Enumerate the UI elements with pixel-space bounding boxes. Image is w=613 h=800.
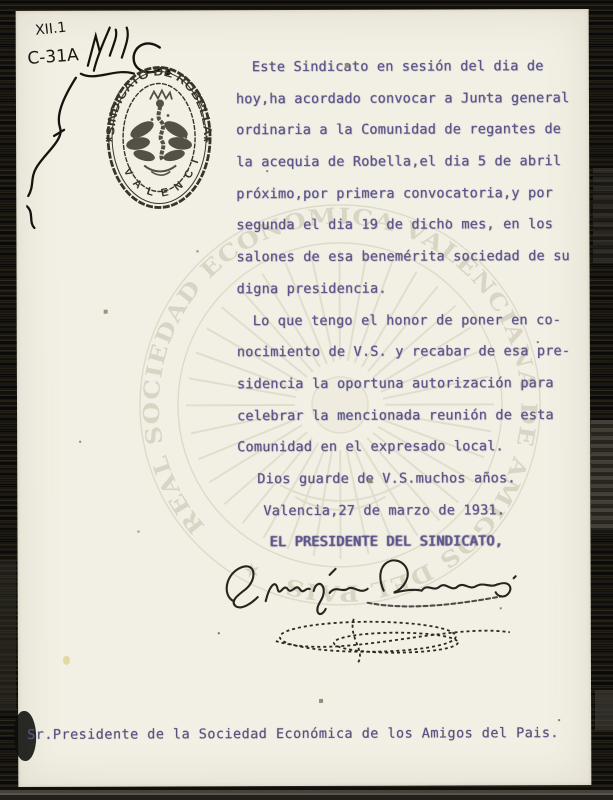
frame-texture-patch xyxy=(591,420,613,530)
frame-texture-patch xyxy=(0,787,613,800)
official-stamp: SINDICATO DE ROBELLA VALENCIA ✱ ✱ xyxy=(104,63,215,211)
typed-line: digna presidencia. xyxy=(237,273,587,306)
typed-line: Valencia,27 de marzo de 1931. xyxy=(237,495,587,528)
typed-line: ordinaria a la Comunidad de regantes de xyxy=(236,114,586,147)
scanned-document-photo: REAL SOCIEDAD ECONOMICA VALENCIANA DE AM… xyxy=(0,0,613,800)
typed-line: Este Sindicato en sesión del dia de xyxy=(236,51,586,84)
frame-texture-patch xyxy=(595,690,613,730)
typed-line: nocimiento de V.S. y recabar de esa pre- xyxy=(237,336,587,369)
archival-mark-1: XII.1 xyxy=(34,20,67,39)
typed-letter-body: Este Sindicato en sesión del dia de hoy,… xyxy=(236,51,588,559)
stamp-crest-emblem xyxy=(125,90,193,175)
typed-line: Dios guarde de V.S.muchos años. xyxy=(237,463,587,496)
stamp-star-left: ✱ xyxy=(105,136,113,146)
typed-line: sidencia la oportuna autorización para xyxy=(237,368,587,401)
stamp-star-right: ✱ xyxy=(203,135,211,145)
paper-specks xyxy=(16,11,18,13)
frame-texture-patch xyxy=(0,560,16,710)
typed-line: hoy,ha acordado convocar a Junta general xyxy=(236,83,586,116)
archival-mark-2: C-31A xyxy=(27,45,80,69)
typed-line: segunda el dia 19 de dicho mes, en los xyxy=(236,209,586,242)
typed-line: la acequia de Robella,el dia 5 de abril xyxy=(236,146,586,179)
signature-rubric-flourish xyxy=(276,618,510,663)
pen-paraph xyxy=(26,78,77,228)
typed-line: próximo,por primera convocatoria,y por xyxy=(236,178,586,211)
typed-line: Comunidad en el expresado local. xyxy=(237,431,587,464)
paper-stain xyxy=(63,656,70,665)
typed-line: salones de esa benemérita sociedad de su xyxy=(236,241,586,274)
frame-texture-patch xyxy=(593,168,613,263)
document-paper: REAL SOCIEDAD ECONOMICA VALENCIANA DE AM… xyxy=(16,9,592,787)
typed-line: celebrar la mencionada reunión de esta xyxy=(237,400,587,433)
typed-line: Lo que tengo el honor de poner en co- xyxy=(237,305,587,338)
addressee-line: Sr.Presidente de la Sociedad Económica d… xyxy=(27,725,587,743)
president-signature xyxy=(218,544,528,665)
